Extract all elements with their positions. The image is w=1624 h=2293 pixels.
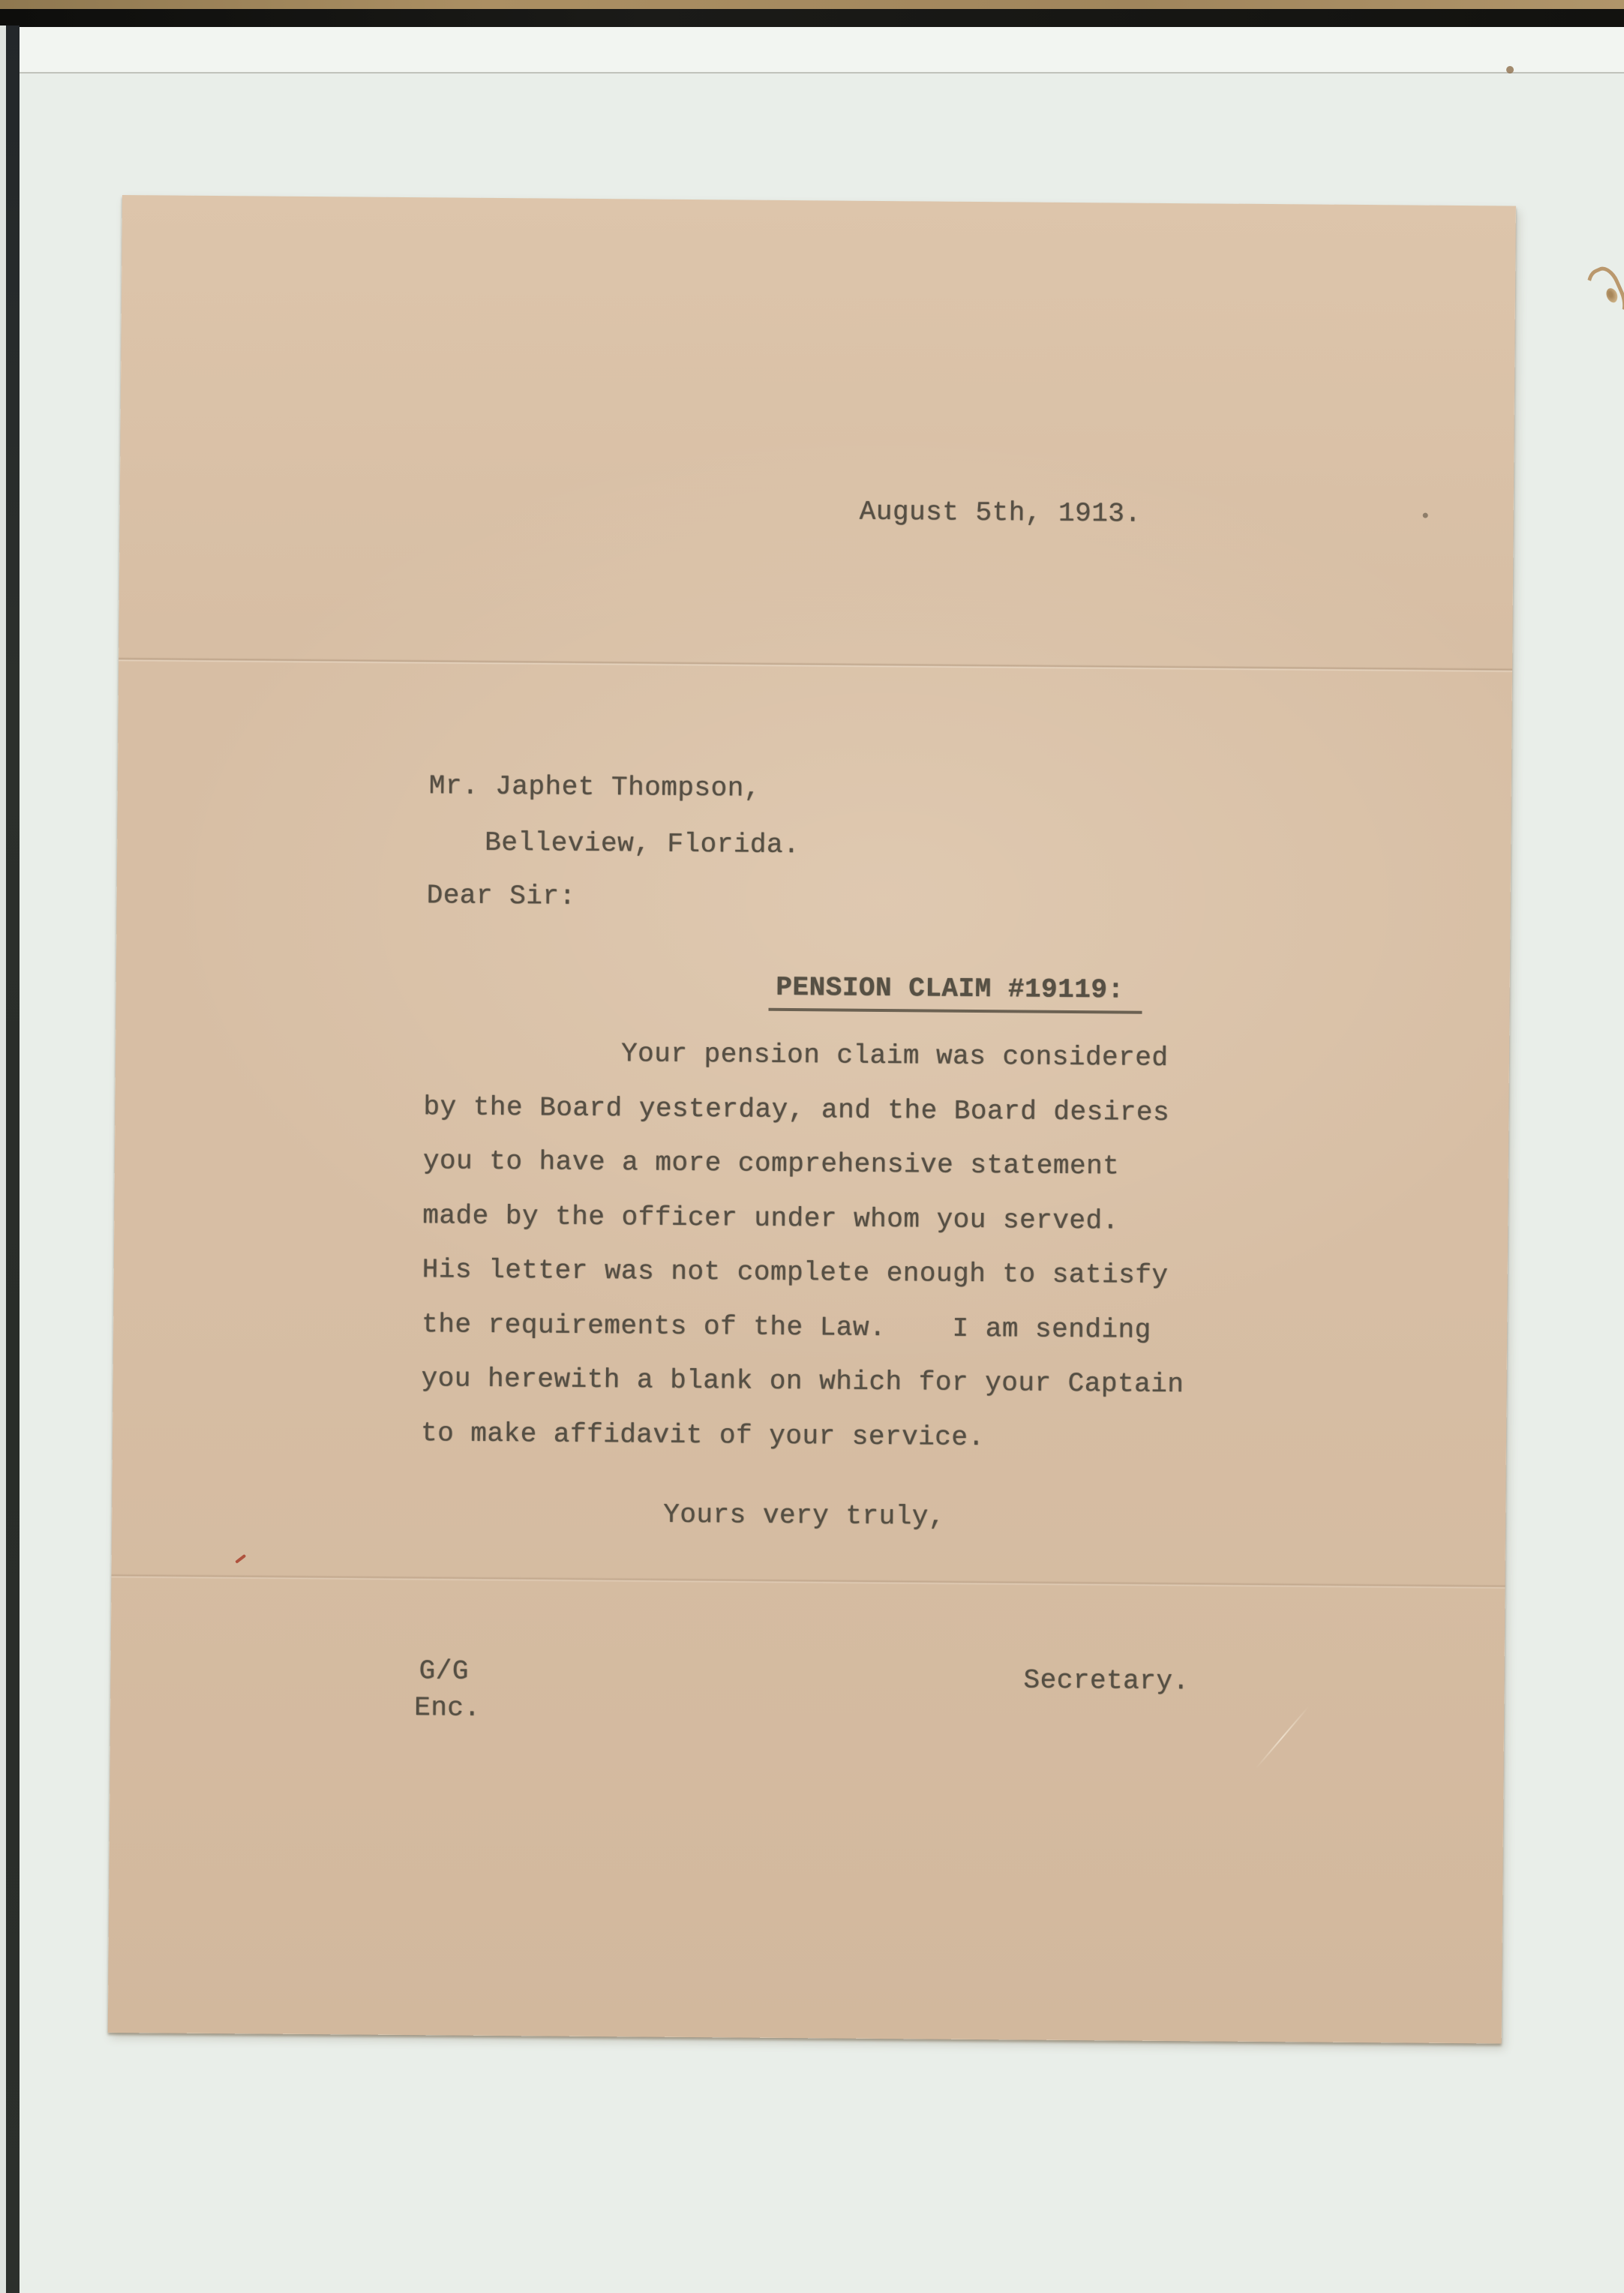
letter-date: August 5th, 1913. [860, 496, 1142, 531]
scan-left-border [6, 26, 20, 2293]
scan-background: August 5th, 1913. Mr. Japhet Thompson, B… [0, 0, 1624, 2293]
paper-scratch-line [1256, 1706, 1310, 1769]
enclosure-notation: Enc. [414, 1691, 481, 1725]
scanner-mat-seam-line [20, 72, 1624, 74]
salutation: Dear Sir: [427, 879, 576, 914]
recipient-address: Belleview, Florida. [485, 827, 800, 862]
scan-left-edge-sliver [0, 26, 6, 2293]
ink-dot-speck [1423, 513, 1428, 518]
letter-paper: August 5th, 1913. Mr. Japhet Thompson, B… [108, 195, 1516, 2044]
reference-initials: G/G [419, 1655, 469, 1688]
signature-title: Secretary. [1023, 1664, 1189, 1698]
fold-crease-top [119, 657, 1512, 673]
debris-speck [1506, 66, 1514, 74]
scanner-mat-upper-band [20, 27, 1624, 72]
letter-body: Your pension claim was considered by the… [421, 1025, 1187, 1466]
complimentary-closing: Yours very truly, [663, 1499, 945, 1534]
red-ink-speck [235, 1554, 246, 1564]
tape-residue-curl [1579, 263, 1624, 327]
scan-top-border [0, 9, 1624, 27]
recipient-name: Mr. Japhet Thompson, [429, 770, 761, 805]
subject-text: PENSION CLAIM #19119: [768, 971, 1142, 1014]
fold-crease-bottom [112, 1574, 1505, 1589]
